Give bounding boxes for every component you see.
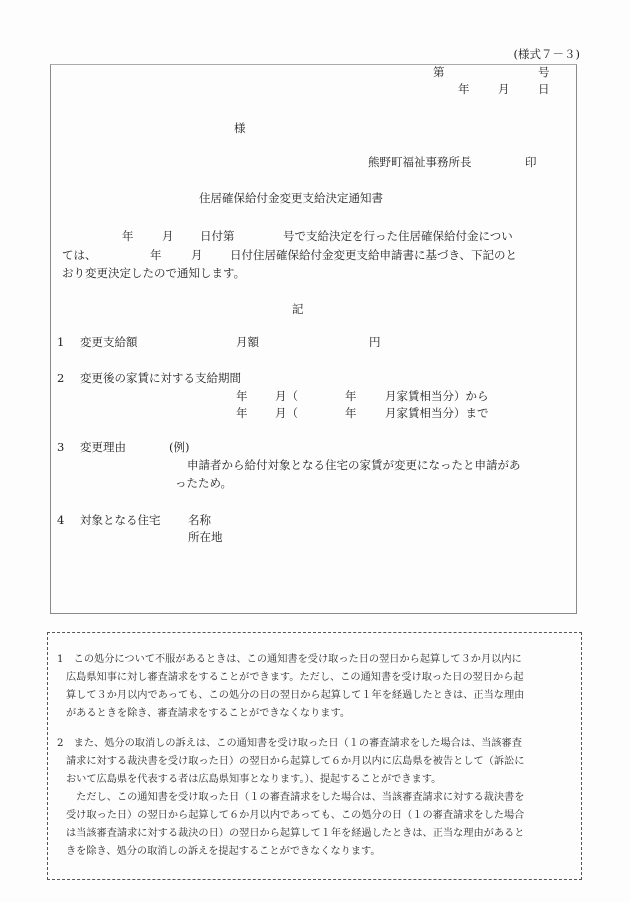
seal-mark: 印 [525,157,537,169]
item3-reason-line2: ったため。 [175,478,232,490]
issuer-name: 熊野町福祉事務所長 [368,157,472,169]
notice1-line4: があるときを除き、審査請求をすることができなくなります。 [66,705,350,723]
document-title: 住居確保給付金変更支給決定通知書 [199,193,383,205]
form-number-label: (様式７－３) [514,49,580,61]
date-day-label: 日 [538,84,550,96]
notice2-line5: 受け取った日）の翌日から起算して６か月以内であっても、この処分の日（１の審査請求… [66,807,524,825]
item1-yen-label: 円 [369,337,381,349]
body-line2-year: 年 [150,250,162,262]
document-number-prefix: 第 [433,67,445,79]
body-line2-start: ては、 [62,250,97,262]
body-day-ref: 日付第 [200,231,235,243]
period-start-year: 年 [236,391,248,403]
period-start-rent-year: 年 [345,391,357,403]
period-end-month: 月（ [275,408,298,420]
notice1-line1: 1 この処分について不服があるときは、この通知書を受け取った日の翌日から起算して… [57,651,522,669]
item3-number: 3 [57,442,64,454]
body-line1-rest: 号で支給決定を行った住居確保給付金につい [283,231,513,243]
item4-number: 4 [57,515,64,527]
item2-number: 2 [57,373,64,385]
body-month: 月 [162,231,174,243]
body-line3: おり変更決定したので通知します。 [62,268,245,280]
body-line2-month: 月 [191,250,203,262]
item4-address-label: 所在地 [188,532,223,544]
period-start-rest: 月家賃相当分）から [385,391,489,403]
notice2-line6: は当該審査請求に対する裁決の日）の翌日から起算して１年を経過したときは、正当な理… [66,825,524,843]
item4-label: 対象となる住宅 [80,515,161,527]
ki-heading: 記 [292,304,304,316]
body-year: 年 [122,231,134,243]
notice2-line2: 請求に対する裁決書を受け取った日）の翌日から起算して６か月以内に広島県を被告とし… [66,753,524,771]
addressee-suffix: 様 [234,123,246,135]
date-year-label: 年 [458,84,470,96]
item2-label: 変更後の家賃に対する支給期間 [80,373,241,385]
item1-number: 1 [57,337,64,349]
item3-example-label: (例) [169,442,189,454]
notice1-line2: 広島県知事に対し審査請求をすることができます。ただし、この通知書を受け取った日の… [66,669,524,687]
notice2-line7: きを除き、処分の取消しの訴えを提起することができなくなります。 [66,843,381,861]
period-end-year: 年 [236,408,248,420]
item3-label: 変更理由 [80,442,126,454]
item1-label: 変更支給額 [80,337,138,349]
document-number-suffix: 号 [538,67,550,79]
date-month-label: 月 [498,84,510,96]
item1-monthly-label: 月額 [236,337,259,349]
period-end-rent-year: 年 [345,408,357,420]
period-end-rest: 月家賃相当分）まで [385,408,489,420]
notice2-line4: ただし、この通知書を受け取った日（１の審査請求をした場合は、当該審査請求に対する… [66,789,524,807]
period-start-month: 月（ [275,391,298,403]
item3-reason-line1: 申請者から給付対象となる住宅の家賃が変更になったと申請があ [187,460,521,472]
notice2-line3: おいて広島県を代表する者は広島県知事となります。）、提起することができます。 [66,771,441,789]
body-line2-rest: 日付住居確保給付金変更支給申請書に基づき、下記のと [230,250,517,262]
notice2-line1: 2 また、処分の取消しの訴えは、この通知書を受け取った日（１の審査請求をした場合… [57,735,522,753]
notice1-line3: 算して３か月以内であっても、この処分の日の翌日から起算して１年を経過したときは、… [66,687,524,705]
item4-name-label: 名称 [188,515,211,527]
